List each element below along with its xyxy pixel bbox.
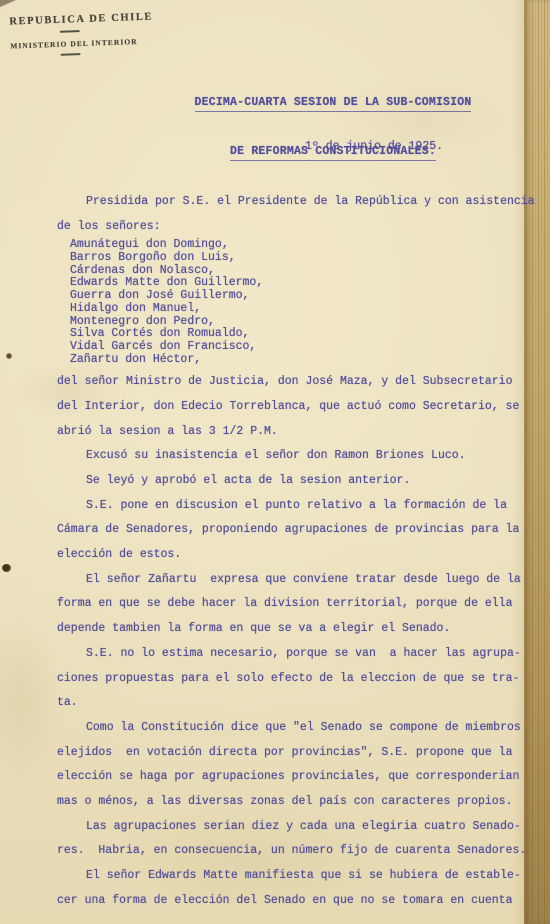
text-line: Cámara de Senadores, proponiendo agrupac… xyxy=(57,518,532,543)
text-line: forma en que se debe hacer la division t… xyxy=(57,592,532,617)
text-line: del Interior, don Edecio Torreblanca, qu… xyxy=(57,395,532,420)
text-line: mas o ménos, a las diversas zonas del pa… xyxy=(57,790,532,815)
letterhead-rule xyxy=(61,53,81,56)
text-line: S.E. no lo estima necesario, porque se v… xyxy=(57,642,532,667)
text-line: Las agrupaciones serian diez y cada una … xyxy=(57,815,532,840)
session-date: 1º de junio de 1925. xyxy=(305,140,443,153)
text-line: Excusó su inasistencia el señor don Ramo… xyxy=(57,444,532,469)
text-line: El señor Zañartu expresa que conviene tr… xyxy=(57,568,532,593)
text-line: elección se haga por agrupaciones provin… xyxy=(57,765,532,790)
session-title: DECIMA-CUARTA SESION DE LA SUB-COMISION … xyxy=(168,70,498,187)
text-line: Como la Constitución dice que "el Senado… xyxy=(57,716,532,741)
text-line: ta. xyxy=(57,691,532,716)
letterhead-country: REPUBLICA DE CHILE xyxy=(9,12,153,28)
text-line: depende tambien la forma en que se va a … xyxy=(57,617,532,642)
text-line: ciones propuestas para el solo efecto de… xyxy=(57,667,532,692)
text-line: Se leyó y aprobó el acta de la sesion an… xyxy=(57,469,532,494)
text-line: elejidos en votación directa por provinc… xyxy=(57,741,532,766)
text-line: Vidal Garcés don Francisco, xyxy=(57,341,532,354)
session-title-line1: DECIMA-CUARTA SESION DE LA SUB-COMISION xyxy=(195,96,472,112)
text-line: Guerra don José Guillermo, xyxy=(57,290,532,303)
text-line: elección de estos. xyxy=(57,543,532,568)
text-line: Presidida por S.E. el Presidente de la R… xyxy=(57,190,532,215)
text-line: Hidalgo don Manuel, xyxy=(57,303,532,316)
text-line: S.E. pone en discusion el punto relativo… xyxy=(57,494,532,519)
text-line: cer una forma de elección del Senado en … xyxy=(57,889,532,914)
letterhead-rule xyxy=(60,30,80,33)
document-page: REPUBLICA DE CHILE MINISTERIO DEL INTERI… xyxy=(0,0,550,924)
text-line: abrió la sesion a las 3 1/2 P.M. xyxy=(57,420,532,445)
corner-stain xyxy=(0,0,16,7)
paper-spot xyxy=(6,353,12,359)
text-line: de los señores: xyxy=(57,215,532,240)
text-line: res. Habria, en consecuencia, un número … xyxy=(57,839,532,864)
body-lines: Presidida por S.E. el Presidente de la R… xyxy=(57,190,532,913)
text-line: El señor Edwards Matte manifiesta que si… xyxy=(57,864,532,889)
letterhead: REPUBLICA DE CHILE MINISTERIO DEL INTERI… xyxy=(9,12,154,65)
text-line: del señor Ministro de Justicia, don José… xyxy=(57,370,532,395)
text-line: Barros Borgoño don Luis, xyxy=(57,252,532,265)
letterhead-ministry: MINISTERIO DEL INTERIOR xyxy=(10,36,154,50)
paper-hole xyxy=(2,564,11,572)
text-line: Silva Cortés don Romualdo, xyxy=(57,328,532,341)
text-line: Zañartu don Héctor, xyxy=(57,354,532,367)
